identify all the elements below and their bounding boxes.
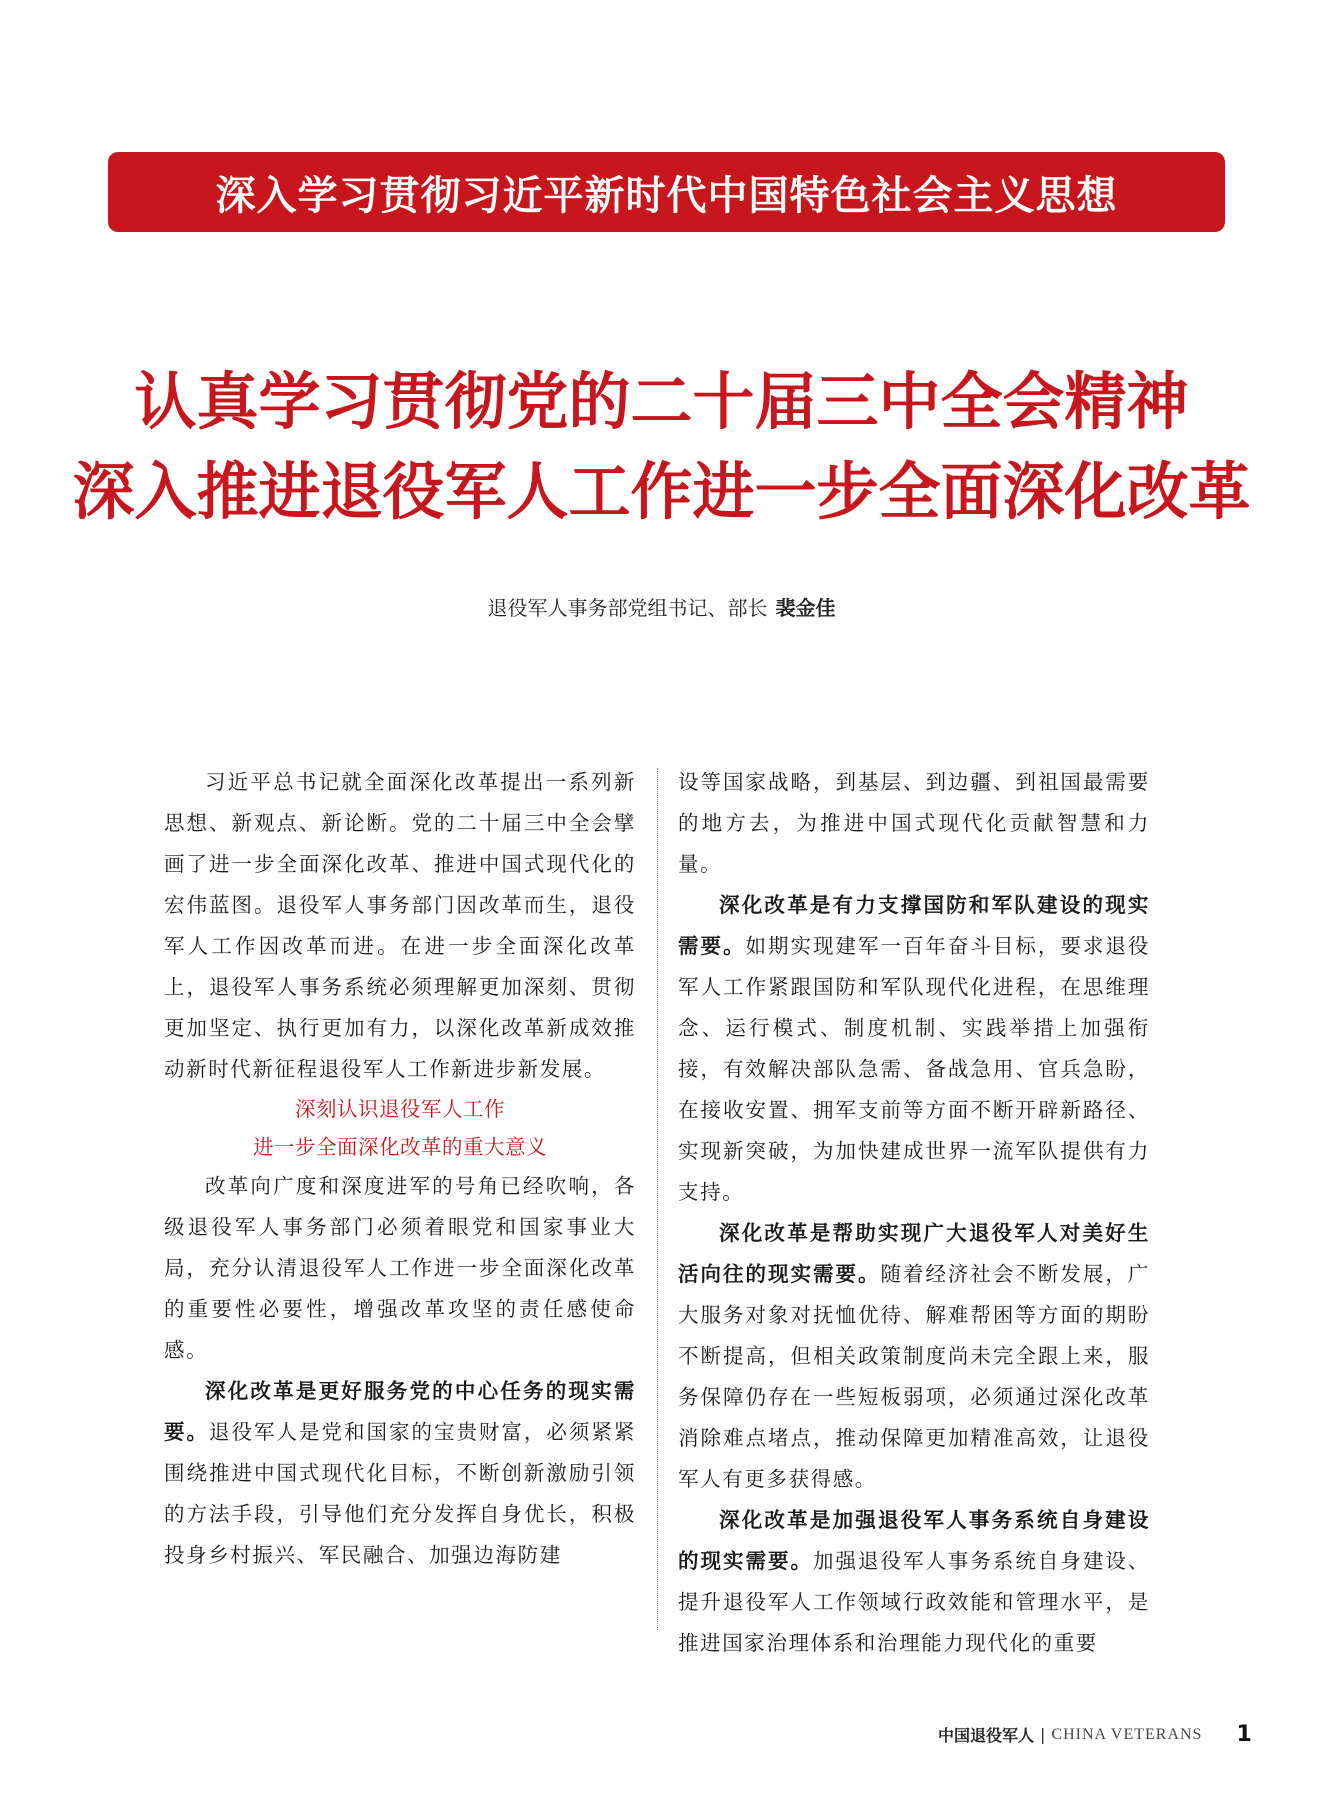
paragraph: 深化改革是加强退役军人事务系统自身建设的现实需要。加强退役军人事务系统自身建设、… xyxy=(678,1500,1150,1664)
article-title-line-2: 深入推进退役军人工作进一步全面深化改革 xyxy=(0,442,1323,531)
paragraph: 深化改革是更好服务党的中心任务的现实需要。退役军人是党和国家的宝贵财富，必须紧紧… xyxy=(164,1371,636,1576)
section-heading-line-1: 深刻认识退役军人工作 xyxy=(295,1097,505,1121)
paragraph: 深化改革是帮助实现广大退役军人对美好生活向往的现实需要。随着经济社会不断发展，广… xyxy=(678,1213,1150,1500)
paragraph: 改革向广度和深度进军的号角已经吹响，各级退役军人事务部门必须着眼党和国家事业大局… xyxy=(164,1166,636,1371)
page-number: 1 xyxy=(1236,1722,1251,1747)
footer-separator: | xyxy=(1040,1725,1045,1744)
byline: 退役军人事务部党组书记、部长裴金佳 xyxy=(0,592,1323,621)
intro-paragraph: 习近平总书记就全面深化改革提出一系列新思想、新观点、新论断。党的二十届三中全会擘… xyxy=(164,762,636,1090)
banner-text: 深入学习贯彻习近平新时代中国特色社会主义思想 xyxy=(216,164,1118,221)
left-column: 习近平总书记就全面深化改革提出一系列新思想、新观点、新论断。党的二十届三中全会擘… xyxy=(164,762,636,1576)
section-heading-line-2: 进一步全面深化改革的重大意义 xyxy=(253,1135,547,1159)
magazine-name-en: CHINA VETERANS xyxy=(1051,1726,1202,1744)
article-title-line-1: 认真学习贯彻党的二十届三中全会精神 xyxy=(0,352,1323,441)
column-banner: 深入学习贯彻习近平新时代中国特色社会主义思想 xyxy=(108,152,1225,232)
paragraph-continuation: 设等国家战略，到基层、到边疆、到祖国最需要的地方去，为推进中国式现代化贡献智慧和… xyxy=(678,762,1150,885)
paragraph: 深化改革是有力支撑国防和军队建设的现实需要。如期实现建军一百年奋斗目标，要求退役… xyxy=(678,885,1150,1213)
paragraph-body: 如期实现建军一百年奋斗目标，要求退役军人工作紧跟国防和军队现代化进程，在思维理念… xyxy=(678,934,1150,1204)
page-footer: 中国退役军人 | CHINA VETERANS 1 xyxy=(938,1722,1252,1747)
magazine-name-cn: 中国退役军人 xyxy=(938,1723,1034,1746)
author-role: 退役军人事务部党组书记、部长 xyxy=(488,596,768,620)
author-name: 裴金佳 xyxy=(776,596,836,620)
section-heading: 深刻认识退役军人工作 进一步全面深化改革的重大意义 xyxy=(164,1090,636,1166)
paragraph-body: 随着经济社会不断发展，广大服务对象对抚恤优待、解难帮困等方面的期盼不断提高，但相… xyxy=(678,1262,1150,1491)
paragraph-body: 退役军人是党和国家的宝贵财富，必须紧紧围绕推进中国式现代化目标，不断创新激励引领… xyxy=(164,1420,636,1567)
column-divider xyxy=(657,768,658,1630)
right-column: 设等国家战略，到基层、到边疆、到祖国最需要的地方去，为推进中国式现代化贡献智慧和… xyxy=(678,762,1150,1664)
